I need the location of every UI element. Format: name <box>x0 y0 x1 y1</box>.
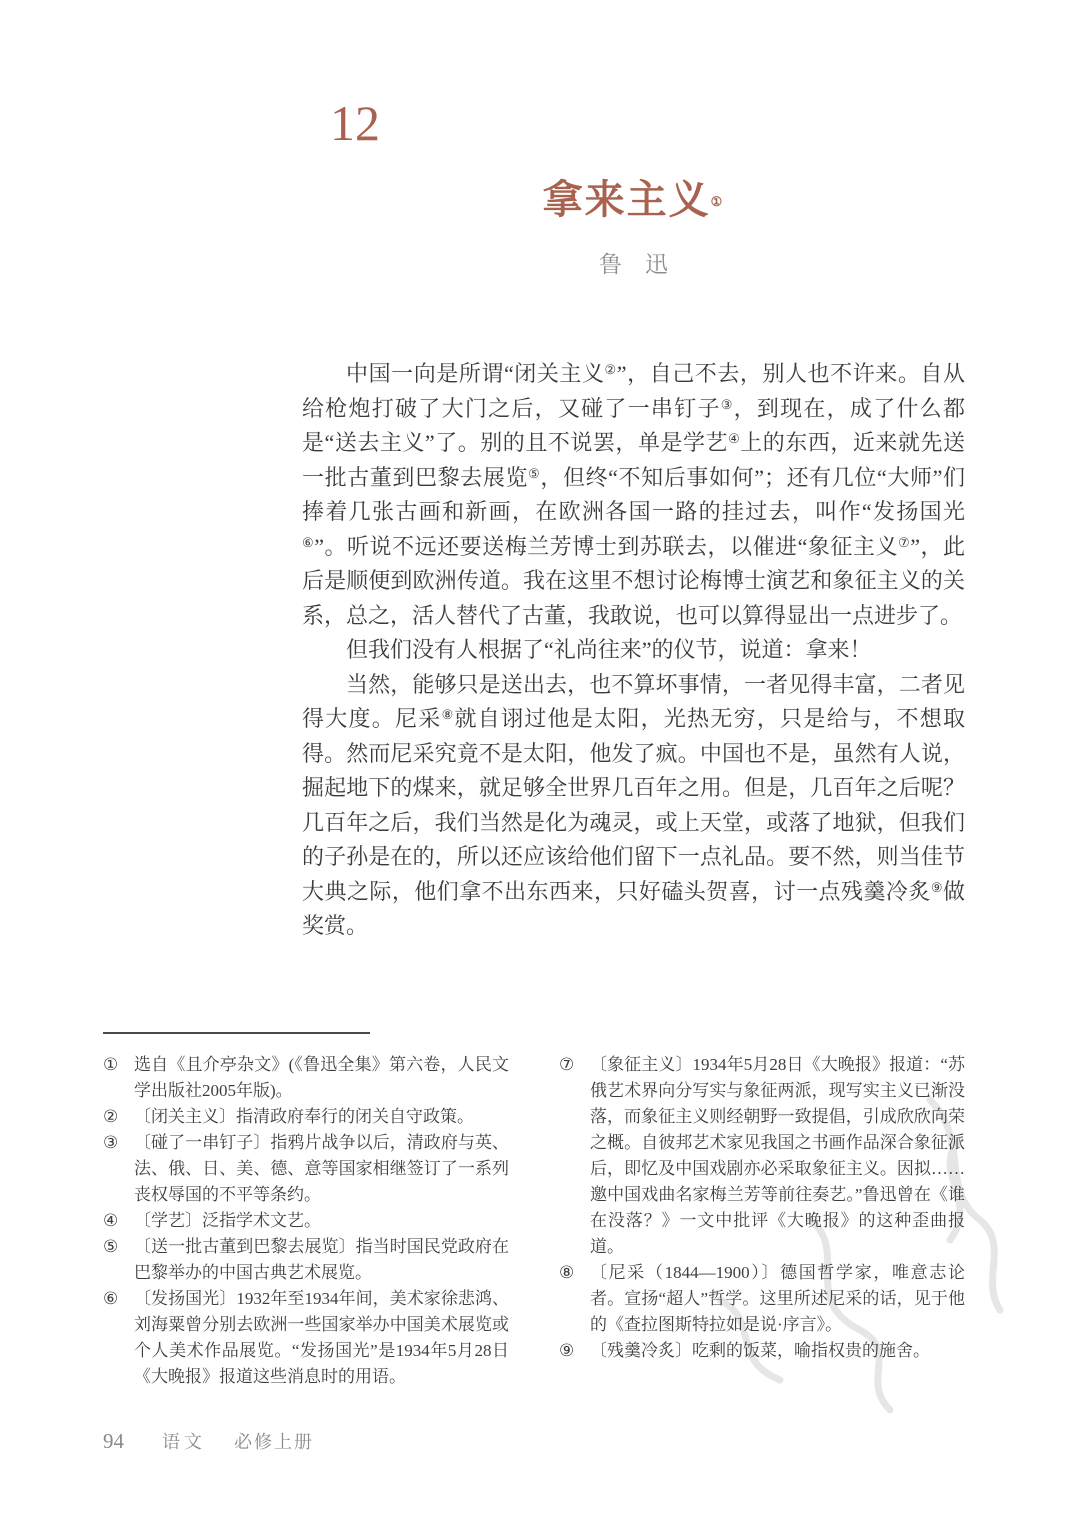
author-name: 鲁 迅 <box>302 250 965 280</box>
footnote-ref: ④ <box>728 431 740 446</box>
footnote-divider <box>103 1032 370 1034</box>
footnote-text: 选自《且介亭杂文》(《鲁迅全集》第六卷，人民文学出版社2005年版)。 <box>134 1052 509 1104</box>
footnote-item: ④〔学艺〕泛指学术文艺。 <box>103 1208 509 1234</box>
footnote-number: ⑨ <box>559 1338 590 1364</box>
paragraph: 当然，能够只是送出去，也不算坏事情，一者见得丰富，二者见得大度。尼采⑧就自诩过他… <box>302 668 965 944</box>
footnote-text: 〔碰了一串钉子〕指鸦片战争以后，清政府与英、法、俄、日、美、德、意等国家相继签订… <box>134 1130 509 1208</box>
footnote-text: 〔尼采（1844—1900）〕德国哲学家，唯意志论者。宣扬“超人”哲学。这里所述… <box>590 1260 965 1338</box>
lesson-title-text: 拿来主义 <box>543 177 711 222</box>
footnote-ref: ⑧ <box>442 707 455 722</box>
footnote-ref: ⑦ <box>898 535 910 550</box>
page-number: 94 <box>103 1429 124 1454</box>
footnote-text: 〔发扬国光〕1932年至1934年间，美术家徐悲鸿、刘海粟曾分别去欧洲一些国家举… <box>134 1286 509 1390</box>
footer-subject: 语文 <box>162 1428 206 1454</box>
footnote-number: ⑦ <box>559 1052 590 1260</box>
footnote-item: ⑥〔发扬国光〕1932年至1934年间，美术家徐悲鸿、刘海粟曾分别去欧洲一些国家… <box>103 1286 509 1390</box>
footnote-number: ③ <box>103 1130 134 1208</box>
body-text: 中国一向是所谓“闭关主义②”，自己不去，别人也不许来。自从给枪炮打破了大门之后，… <box>302 357 965 944</box>
footnote-item: ②〔闭关主义〕指清政府奉行的闭关自守政策。 <box>103 1104 509 1130</box>
footnote-number: ⑤ <box>103 1234 134 1286</box>
footnote-ref: ⑨ <box>931 880 943 895</box>
footnotes: ①选自《且介亭杂文》(《鲁迅全集》第六卷，人民文学出版社2005年版)。②〔闭关… <box>103 1052 965 1390</box>
paragraph: 但我们没有人根据了“礼尚往来”的仪节，说道：拿来！ <box>302 633 965 668</box>
footnote-number: ⑧ <box>559 1260 590 1338</box>
footnote-ref: ⑤ <box>528 466 540 481</box>
footnote-number: ② <box>103 1104 134 1130</box>
footnote-text: 〔残羹冷炙〕吃剩的饭菜，喻指权贵的施舍。 <box>590 1338 965 1364</box>
footnote-item: ⑨〔残羹冷炙〕吃剩的饭菜，喻指权贵的施舍。 <box>559 1338 965 1364</box>
footnote-ref: ③ <box>721 397 734 412</box>
footnote-number: ① <box>103 1052 134 1104</box>
footnote-item: ⑤〔送一批古董到巴黎去展览〕指当时国民党政府在巴黎举办的中国古典艺术展览。 <box>103 1234 509 1286</box>
footnote-ref: ⑥ <box>302 535 314 550</box>
title-footnote-ref: ① <box>711 194 725 209</box>
footnote-item: ①选自《且介亭杂文》(《鲁迅全集》第六卷，人民文学出版社2005年版)。 <box>103 1052 509 1104</box>
footnote-text: 〔送一批古董到巴黎去展览〕指当时国民党政府在巴黎举办的中国古典艺术展览。 <box>134 1234 509 1286</box>
paragraph: 中国一向是所谓“闭关主义②”，自己不去，别人也不许来。自从给枪炮打破了大门之后，… <box>302 357 965 633</box>
footnote-item: ⑧〔尼采（1844—1900）〕德国哲学家，唯意志论者。宣扬“超人”哲学。这里所… <box>559 1260 965 1338</box>
textbook-page: 12 拿来主义① 鲁 迅 中国一向是所谓“闭关主义②”，自己不去，别人也不许来。… <box>0 0 1080 1527</box>
footnote-number: ④ <box>103 1208 134 1234</box>
footnotes-left-column: ①选自《且介亭杂文》(《鲁迅全集》第六卷，人民文学出版社2005年版)。②〔闭关… <box>103 1052 509 1390</box>
lesson-number: 12 <box>330 98 380 148</box>
footer-volume: 必修上册 <box>234 1428 314 1454</box>
footnote-text: 〔学艺〕泛指学术文艺。 <box>134 1208 509 1234</box>
footnote-item: ⑦〔象征主义〕1934年5月28日《大晚报》报道：“苏俄艺术界向分写实与象征两派… <box>559 1052 965 1260</box>
footnote-text: 〔象征主义〕1934年5月28日《大晚报》报道：“苏俄艺术界向分写实与象征两派，… <box>590 1052 965 1260</box>
footnote-ref: ② <box>605 362 617 377</box>
lesson-title: 拿来主义① <box>302 176 965 224</box>
page-footer: 94 语文 必修上册 <box>103 1428 314 1454</box>
footnote-text: 〔闭关主义〕指清政府奉行的闭关自守政策。 <box>134 1104 509 1130</box>
footnotes-right-column: ⑦〔象征主义〕1934年5月28日《大晚报》报道：“苏俄艺术界向分写实与象征两派… <box>559 1052 965 1390</box>
footnote-item: ③〔碰了一串钉子〕指鸦片战争以后，清政府与英、法、俄、日、美、德、意等国家相继签… <box>103 1130 509 1208</box>
footnote-number: ⑥ <box>103 1286 134 1390</box>
